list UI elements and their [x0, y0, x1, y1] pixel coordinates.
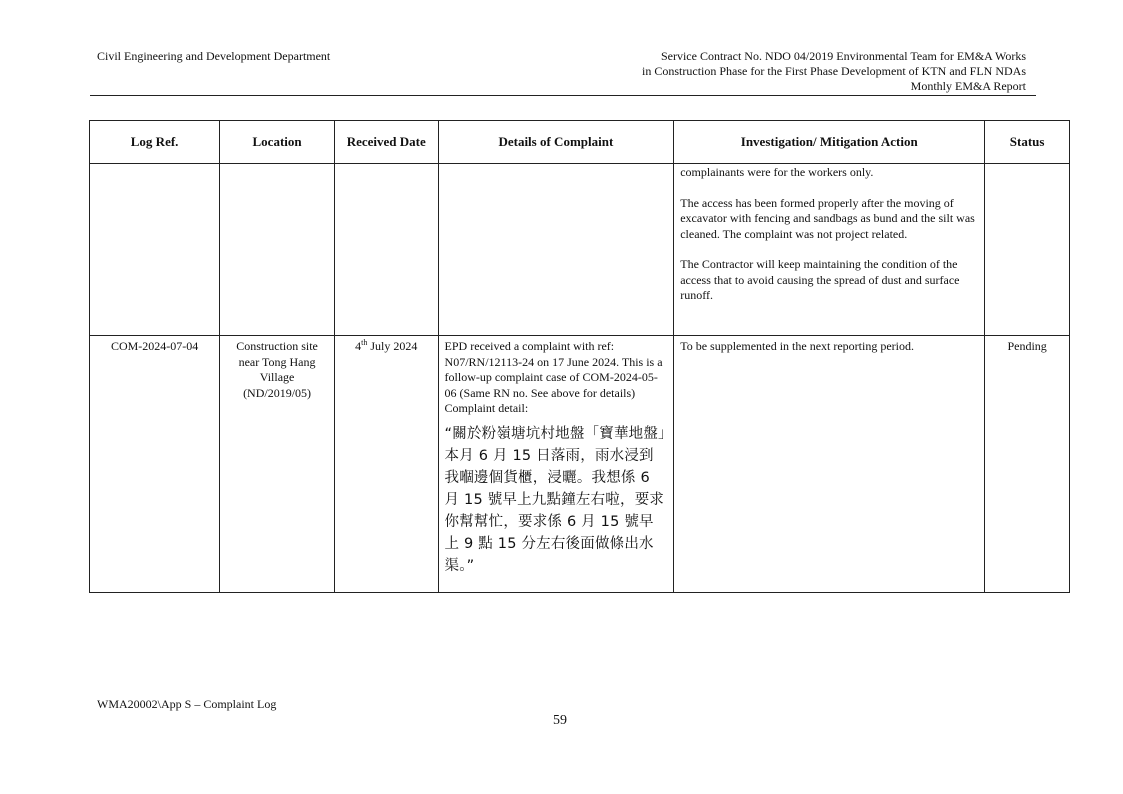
- column-header-action: Investigation/ Mitigation Action: [674, 121, 985, 164]
- cell-location: Construction site near Tong Hang Village…: [220, 336, 335, 593]
- header-contract-line-3: Monthly EM&A Report: [642, 79, 1026, 94]
- table-row: complainants were for the workers only. …: [90, 164, 1070, 336]
- cell-log-ref: [90, 164, 220, 336]
- cell-log-ref: COM-2024-07-04: [90, 336, 220, 593]
- action-paragraph: The access has been formed properly afte…: [680, 196, 978, 243]
- cell-action: complainants were for the workers only. …: [674, 164, 985, 336]
- header-rule: [90, 95, 1036, 96]
- date-month-year: July 2024: [367, 339, 417, 353]
- action-paragraph: complainants were for the workers only.: [680, 165, 978, 181]
- header-contract-info: Service Contract No. NDO 04/2019 Environ…: [642, 49, 1026, 94]
- footer-document-ref: WMA20002\App S – Complaint Log: [97, 697, 276, 712]
- cell-location: [220, 164, 335, 336]
- header-contract-line-1: Service Contract No. NDO 04/2019 Environ…: [642, 49, 1026, 64]
- details-text: EPD received a complaint with ref: N07/R…: [445, 339, 668, 401]
- cell-status: Pending: [985, 336, 1070, 593]
- details-label: Complaint detail:: [445, 401, 668, 417]
- page-number: 59: [553, 713, 567, 729]
- action-paragraph: The Contractor will keep maintaining the…: [680, 257, 978, 304]
- column-header-details: Details of Complaint: [438, 121, 674, 164]
- cell-details: [438, 164, 674, 336]
- cell-status: [985, 164, 1070, 336]
- column-header-received-date: Received Date: [334, 121, 438, 164]
- table-row: COM-2024-07-04 Construction site near To…: [90, 336, 1070, 593]
- action-paragraph: To be supplemented in the next reporting…: [680, 339, 978, 355]
- cell-received-date: 4th July 2024: [334, 336, 438, 593]
- header-contract-line-2: in Construction Phase for the First Phas…: [642, 64, 1026, 79]
- cell-details: EPD received a complaint with ref: N07/R…: [438, 336, 674, 593]
- details-chinese-quote: “關於粉嶺塘坑村地盤「寶華地盤」本月 6 月 15 日落雨，雨水浸到我嗰邊個貨櫃…: [445, 423, 668, 577]
- column-header-location: Location: [220, 121, 335, 164]
- complaint-log-table: Log Ref. Location Received Date Details …: [89, 120, 1070, 593]
- cell-received-date: [334, 164, 438, 336]
- header-department: Civil Engineering and Development Depart…: [97, 49, 330, 64]
- cell-action: To be supplemented in the next reporting…: [674, 336, 985, 593]
- column-header-log-ref: Log Ref.: [90, 121, 220, 164]
- column-header-status: Status: [985, 121, 1070, 164]
- table-header-row: Log Ref. Location Received Date Details …: [90, 121, 1070, 164]
